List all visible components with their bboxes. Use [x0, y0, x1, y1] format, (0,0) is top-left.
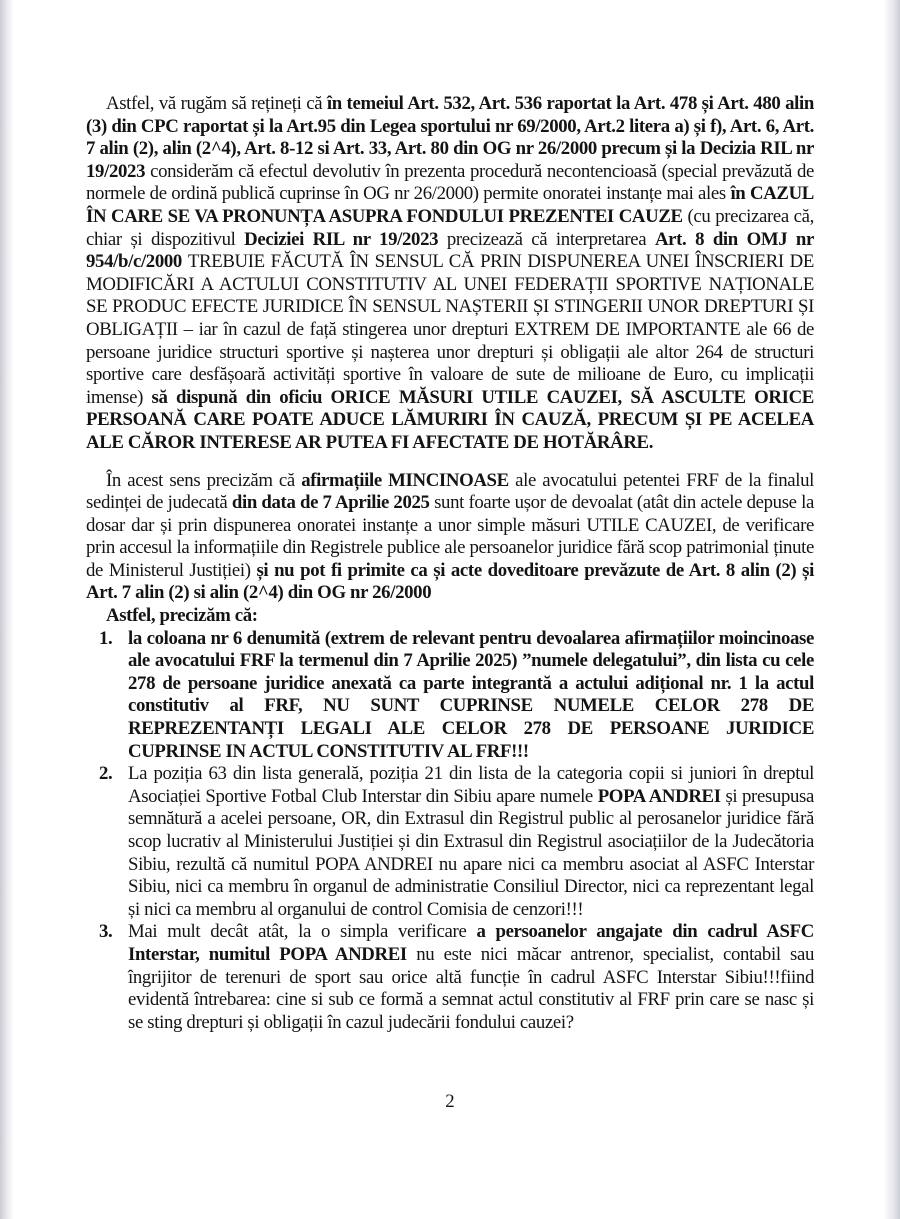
list-item-marker: 1. — [99, 628, 112, 651]
text-run: Mai mult decât atât, la o simpla verific… — [128, 921, 476, 942]
text-run: considerăm că efectul devolutiv în preze… — [86, 161, 814, 205]
bold-text-run: POPA ANDREI — [598, 786, 726, 807]
paragraph: În acest sens precizăm că afirmațiile MI… — [86, 470, 814, 606]
text-run: precizează că interpretarea — [447, 229, 655, 250]
bold-text-run: Astfel, precizăm că: — [106, 605, 258, 626]
list-item-marker: 3. — [99, 921, 112, 944]
bold-text-run: să dispună din oficiu ORICE MĂSURI UTILE… — [86, 387, 814, 453]
bold-text-run: la coloana nr 6 denumită (extrem de rele… — [128, 628, 814, 762]
list-item-marker: 2. — [99, 763, 112, 786]
page-edge-right — [883, 0, 900, 1219]
document-body: Astfel, vă rugăm să rețineți că în temei… — [86, 93, 814, 1034]
list-item: 2.La poziția 63 din lista generală, pozi… — [86, 763, 814, 921]
list-item: 1.la coloana nr 6 denumită (extrem de re… — [86, 628, 814, 764]
page-edge-left — [0, 0, 14, 1219]
list-item: 3.Mai mult decât atât, la o simpla verif… — [86, 921, 814, 1034]
paragraph: Astfel, precizăm că: — [86, 605, 814, 628]
bold-text-run: afirmațiile MINCINOASE — [301, 470, 515, 491]
text-run: TREBUIE FĂCUTĂ ÎN SENSUL CĂ PRIN DISPUNE… — [86, 251, 814, 408]
bold-text-run: din data de 7 Aprilie 2025 — [232, 492, 434, 513]
document-page: Astfel, vă rugăm să rețineți că în temei… — [0, 0, 900, 1219]
page-number: 2 — [86, 1091, 814, 1114]
text-run: În acest sens precizăm că — [106, 470, 301, 491]
text-run: Astfel, vă rugăm să rețineți că — [106, 93, 327, 114]
paragraph: Astfel, vă rugăm să rețineți că în temei… — [86, 93, 814, 455]
bold-text-run: Deciziei RIL nr 19/2023 — [244, 229, 447, 250]
